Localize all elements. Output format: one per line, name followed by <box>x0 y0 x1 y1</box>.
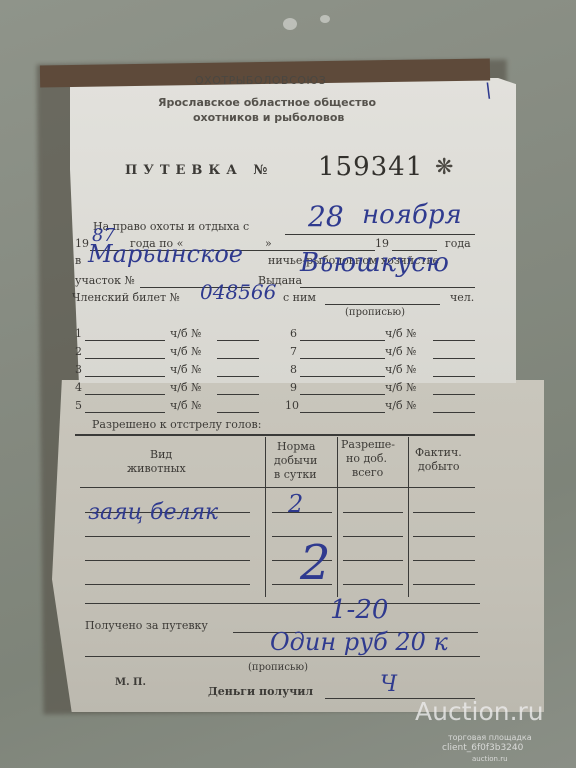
handwritten-month: ноября <box>362 200 462 230</box>
table-bottom-border <box>85 603 480 604</box>
companion-number: 3 <box>75 363 82 376</box>
table-row-line <box>413 512 475 513</box>
cb-number-line <box>433 340 475 341</box>
cb-label: ч/б № <box>385 399 417 412</box>
cb-label: ч/б № <box>385 381 417 394</box>
wall-stain <box>320 15 330 23</box>
voucher-label: ПУТЕВКА № <box>125 163 273 178</box>
companion-number: 5 <box>75 399 82 412</box>
col-header-norm-l3: в сутки <box>274 468 317 481</box>
companion-name-line <box>300 394 385 395</box>
companion-name-line <box>85 376 165 377</box>
handwritten-day: 28 <box>308 200 344 233</box>
companion-name-line <box>85 340 165 341</box>
quote-close: » <box>265 237 272 250</box>
table-row-line <box>343 536 403 537</box>
watermark-line2: client_6f0f3b3240 <box>442 743 523 753</box>
watermark-line3: auction.ru <box>472 755 508 763</box>
handwritten-signature: Ч <box>380 672 397 697</box>
companion-number: 6 <box>290 327 297 340</box>
companion-name-line <box>300 358 385 359</box>
table-row-line <box>343 560 403 561</box>
col-divider <box>408 437 409 597</box>
companion-name-line <box>85 394 165 395</box>
col-header-actual-l2: добыто <box>418 460 459 473</box>
companion-number: 1 <box>75 327 82 340</box>
stamp-place-label: М. П. <box>115 677 146 688</box>
cb-label: ч/б № <box>170 327 202 340</box>
col-header-norm-l1: Норма <box>277 440 315 453</box>
col-header-allowed-l2: но доб. <box>346 452 387 465</box>
col-header-animal-l2: животных <box>127 462 186 475</box>
companion-name-line <box>85 358 165 359</box>
cb-label: ч/б № <box>385 345 417 358</box>
in-words-hint: (прописью) <box>345 307 405 318</box>
cb-number-line <box>217 394 259 395</box>
union-title: ОХОТРЫБОЛОВСОЮЗ <box>195 74 326 87</box>
table-row-line <box>343 584 403 585</box>
watermark-brand: Auction.ru <box>415 697 544 726</box>
watermark-line1: торговая площадка <box>448 733 532 742</box>
companion-name-line <box>85 412 165 413</box>
star-icon: ❋ <box>435 155 453 180</box>
col-divider <box>265 437 266 597</box>
persons-label: чел. <box>450 291 474 304</box>
companion-number: 2 <box>75 345 82 358</box>
companion-number: 9 <box>290 381 297 394</box>
col-header-allowed-l1: Разреше- <box>341 438 395 451</box>
cb-number-line <box>217 358 259 359</box>
table-row-line <box>85 560 250 561</box>
handwritten-place: Марьинское <box>88 240 243 268</box>
companion-name-line <box>300 376 385 377</box>
handwritten-allowed: 2 <box>300 535 331 591</box>
cb-label: ч/б № <box>385 327 417 340</box>
table-header-border <box>80 487 475 488</box>
table-row-line <box>85 584 250 585</box>
cb-label: ч/б № <box>385 363 417 376</box>
col-header-allowed-l3: всего <box>352 466 383 479</box>
handwritten-animal: заяц беляк <box>88 500 218 525</box>
companion-name-line <box>300 340 385 341</box>
cb-number-line <box>217 340 259 341</box>
member-ticket-label: Членский билет № <box>72 291 180 304</box>
location-prefix: в <box>75 254 81 267</box>
cb-number-line <box>433 358 475 359</box>
table-row-line <box>85 536 250 537</box>
cb-label: ч/б № <box>170 399 202 412</box>
handwritten-member-ticket: 048566 <box>200 280 276 304</box>
companion-number: 8 <box>290 363 297 376</box>
table-row-line <box>413 584 475 585</box>
cb-number-line <box>433 412 475 413</box>
handwritten-price-words: Один руб 20 к <box>270 628 448 656</box>
cb-number-line <box>217 376 259 377</box>
plot-number-label: участок № <box>75 274 135 287</box>
cb-label: ч/б № <box>170 363 202 376</box>
companion-number: 10 <box>285 399 299 412</box>
corner-pen-mark: \ <box>485 78 492 102</box>
col-header-animal-l1: Вид <box>150 448 172 461</box>
col-header-actual-l1: Фактич. <box>415 446 462 459</box>
underline <box>285 234 475 235</box>
col-header-norm-l2: добычи <box>274 454 317 467</box>
table-row-line <box>413 536 475 537</box>
handwritten-price-number: 1-20 <box>330 595 388 625</box>
table-row-line <box>413 560 475 561</box>
money-received-label: Деньги получил <box>208 685 313 698</box>
cb-label: ч/б № <box>170 381 202 394</box>
handwritten-issued-to: Вьюшкусю <box>300 248 449 278</box>
underline <box>85 656 480 657</box>
year-prefix: 19 <box>75 237 89 250</box>
received-label: Получено за путевку <box>85 619 208 632</box>
underline <box>325 304 440 305</box>
companion-name-line <box>300 412 385 413</box>
handwritten-norm: 2 <box>288 490 303 518</box>
col-divider <box>337 437 338 597</box>
cb-number-line <box>217 412 259 413</box>
permit-heading: Разрешено к отстрелу голов: <box>92 418 261 431</box>
in-words-hint-2: (прописью) <box>248 662 308 673</box>
cb-number-line <box>433 394 475 395</box>
cb-number-line <box>433 376 475 377</box>
companion-number: 7 <box>290 345 297 358</box>
hunting-right-label: На право охоты и отдыха с <box>93 220 249 233</box>
voucher-number: 159341 <box>318 152 423 182</box>
underline <box>300 287 475 288</box>
society-name-line1: Ярославское областное общество <box>158 96 376 109</box>
table-row-line <box>343 512 403 513</box>
society-name-line2: охотников и рыболовов <box>193 111 344 124</box>
cb-label: ч/б № <box>170 345 202 358</box>
with-him-label: с ним <box>283 291 316 304</box>
table-top-border <box>75 434 475 436</box>
companion-number: 4 <box>75 381 82 394</box>
wall-stain <box>283 18 297 30</box>
